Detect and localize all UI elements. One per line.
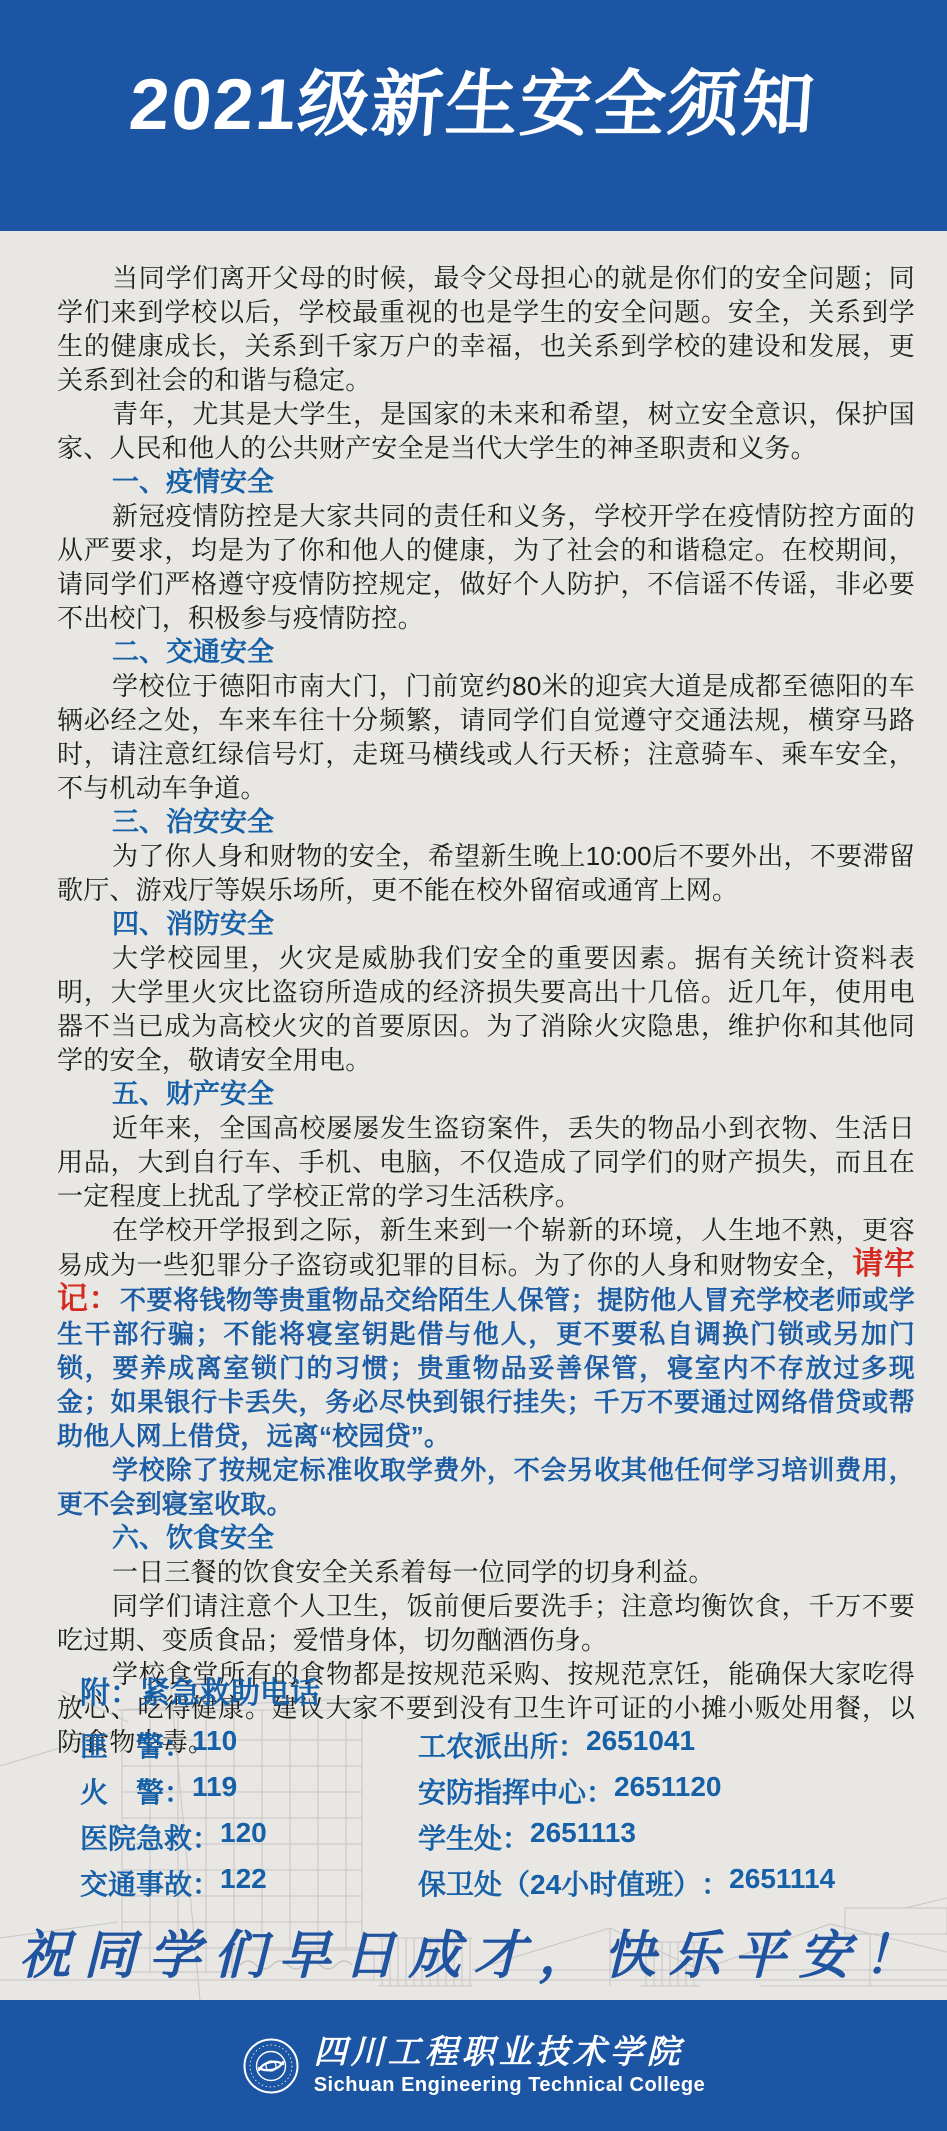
phone-label: 安防指挥中心: [418, 1771, 586, 1811]
emergency-entry: 匪 警：110: [80, 1725, 418, 1765]
warning-text: 不要将钱物等贵重物品交给陌生人保管；提防他人冒充学校老师或学生干部行骗；不能将寝…: [57, 1285, 915, 1451]
phone-number: 119: [192, 1771, 237, 1811]
separator: ：: [164, 1725, 192, 1765]
emergency-row: 医院急救：120 学生处：2651113: [80, 1814, 947, 1860]
phone-label: 交通事故: [80, 1863, 192, 1903]
safety-notice-poster: 2021级新生安全须知: [0, 0, 947, 2131]
phone-label: 学生处: [418, 1817, 502, 1857]
section-heading-fire: 四、消防安全: [112, 907, 915, 941]
emergency-entry: 保卫处（24小时值班）：2651114: [418, 1863, 947, 1903]
college-name-en: Sichuan Engineering Technical College: [314, 2072, 706, 2098]
college-emblem-icon: [242, 2037, 300, 2095]
separator: ：: [701, 1863, 729, 1903]
bottom-area: 附：紧急救助电话 匪 警：110 工农派出所：2651041 火 警：119 安…: [0, 1674, 947, 1992]
separator: ：: [558, 1725, 586, 1765]
emergency-entry: 安防指挥中心：2651120: [418, 1771, 947, 1811]
intro-paragraph-2: 青年，尤其是大学生，是国家的未来和希望，树立安全意识，保护国家、人民和他人的公共…: [57, 397, 915, 465]
section-paragraph-food-2: 同学们请注意个人卫生，饭前便后要洗手；注意均衡饮食，千万不要吃过期、变质食品；爱…: [57, 1589, 915, 1657]
phone-number: 110: [192, 1725, 237, 1765]
notice-text: 当同学们离开父母的时候，最令父母担心的就是你们的安全问题；同学们来到学校以后，学…: [57, 261, 915, 1759]
property-warning-paragraph: 在学校开学报到之际，新生来到一个崭新的环境，人生地不熟，更容易成为一些犯罪分子盗…: [57, 1213, 915, 1453]
header-banner: 2021级新生安全须知: [0, 0, 947, 231]
emergency-entry: 医院急救：120: [80, 1817, 418, 1857]
phone-number: 2651120: [614, 1771, 721, 1811]
phone-label: 匪 警: [80, 1725, 164, 1765]
phone-number: 122: [220, 1863, 267, 1903]
phone-number: 120: [220, 1817, 267, 1857]
separator: ：: [164, 1771, 192, 1811]
emergency-entry: 火 警：119: [80, 1771, 418, 1811]
emergency-rows: 匪 警：110 工农派出所：2651041 火 警：119 安防指挥中心：265…: [80, 1722, 947, 1906]
separator: ：: [502, 1817, 530, 1857]
phone-label: 医院急救: [80, 1817, 192, 1857]
college-names: 四川工程职业技术学院 Sichuan Engineering Technical…: [314, 2034, 706, 2098]
phone-label: 火 警: [80, 1771, 164, 1811]
emergency-entry: 工农派出所：2651041: [418, 1725, 947, 1765]
separator: ：: [586, 1771, 614, 1811]
notice-body: 当同学们离开父母的时候，最令父母担心的就是你们的安全问题；同学们来到学校以后，学…: [0, 231, 947, 2000]
college-name-cn: 四川工程职业技术学院: [314, 2034, 706, 2072]
blessing-calligraphy: 祝同学们早日成才，快乐平安！: [0, 1922, 947, 1992]
section-paragraph-fire: 大学校园里，火灾是威胁我们安全的重要因素。据有关统计资料表明，大学里火灾比盗窃所…: [57, 941, 915, 1077]
section-paragraph-epidemic: 新冠疫情防控是大家共同的责任和义务，学校开学在疫情防控方面的从严要求，均是为了你…: [57, 499, 915, 635]
emergency-entry: 学生处：2651113: [418, 1817, 947, 1857]
emergency-row: 火 警：119 安防指挥中心：2651120: [80, 1768, 947, 1814]
emergency-title: 附：紧急救助电话: [80, 1674, 947, 1714]
emergency-row: 匪 警：110 工农派出所：2651041: [80, 1722, 947, 1768]
phone-label: 工农派出所: [418, 1725, 558, 1765]
page-title: 2021级新生安全须知: [127, 46, 820, 150]
property-note-paragraph: 学校除了按规定标准收取学费外，不会另收其他任何学习培训费用，更不会到寝室收取。: [57, 1453, 915, 1521]
phone-number: 2651114: [729, 1863, 835, 1903]
section-heading-property: 五、财产安全: [112, 1077, 915, 1111]
phone-label: 保卫处（24小时值班）: [418, 1863, 701, 1903]
section-paragraph-property: 近年来，全国高校屡屡发生盗窃案件，丢失的物品小到衣物、生活日用品，大到自行车、手…: [57, 1111, 915, 1213]
emergency-entry: 交通事故：122: [80, 1863, 418, 1903]
section-paragraph-traffic: 学校位于德阳市南大门，门前宽约80米的迎宾大道是成都至德阳的车辆必经之处，车来车…: [57, 669, 915, 805]
phone-number: 2651041: [586, 1725, 695, 1765]
intro-paragraph-1: 当同学们离开父母的时候，最令父母担心的就是你们的安全问题；同学们来到学校以后，学…: [57, 261, 915, 397]
separator: ：: [192, 1863, 220, 1903]
section-paragraph-public-order: 为了你人身和财物的安全，希望新生晚上10:00后不要外出，不要滞留歌厅、游戏厅等…: [57, 839, 915, 907]
section-heading-public-order: 三、治安安全: [112, 805, 915, 839]
separator: ：: [192, 1817, 220, 1857]
section-heading-epidemic: 一、疫情安全: [112, 465, 915, 499]
phone-number: 2651113: [530, 1817, 636, 1857]
emergency-phones: 附：紧急救助电话 匪 警：110 工农派出所：2651041 火 警：119 安…: [0, 1674, 947, 1906]
footer-banner: 四川工程职业技术学院 Sichuan Engineering Technical…: [0, 2000, 947, 2131]
section-paragraph-food-1: 一日三餐的饮食安全关系着每一位同学的切身利益。: [57, 1555, 915, 1589]
section-heading-traffic: 二、交通安全: [112, 635, 915, 669]
section-heading-food: 六、饮食安全: [112, 1521, 915, 1555]
emergency-row: 交通事故：122 保卫处（24小时值班）：2651114: [80, 1860, 947, 1906]
warning-prefix: 在学校开学报到之际，新生来到一个崭新的环境，人生地不熟，更容易成为一些犯罪分子盗…: [57, 1215, 915, 1280]
